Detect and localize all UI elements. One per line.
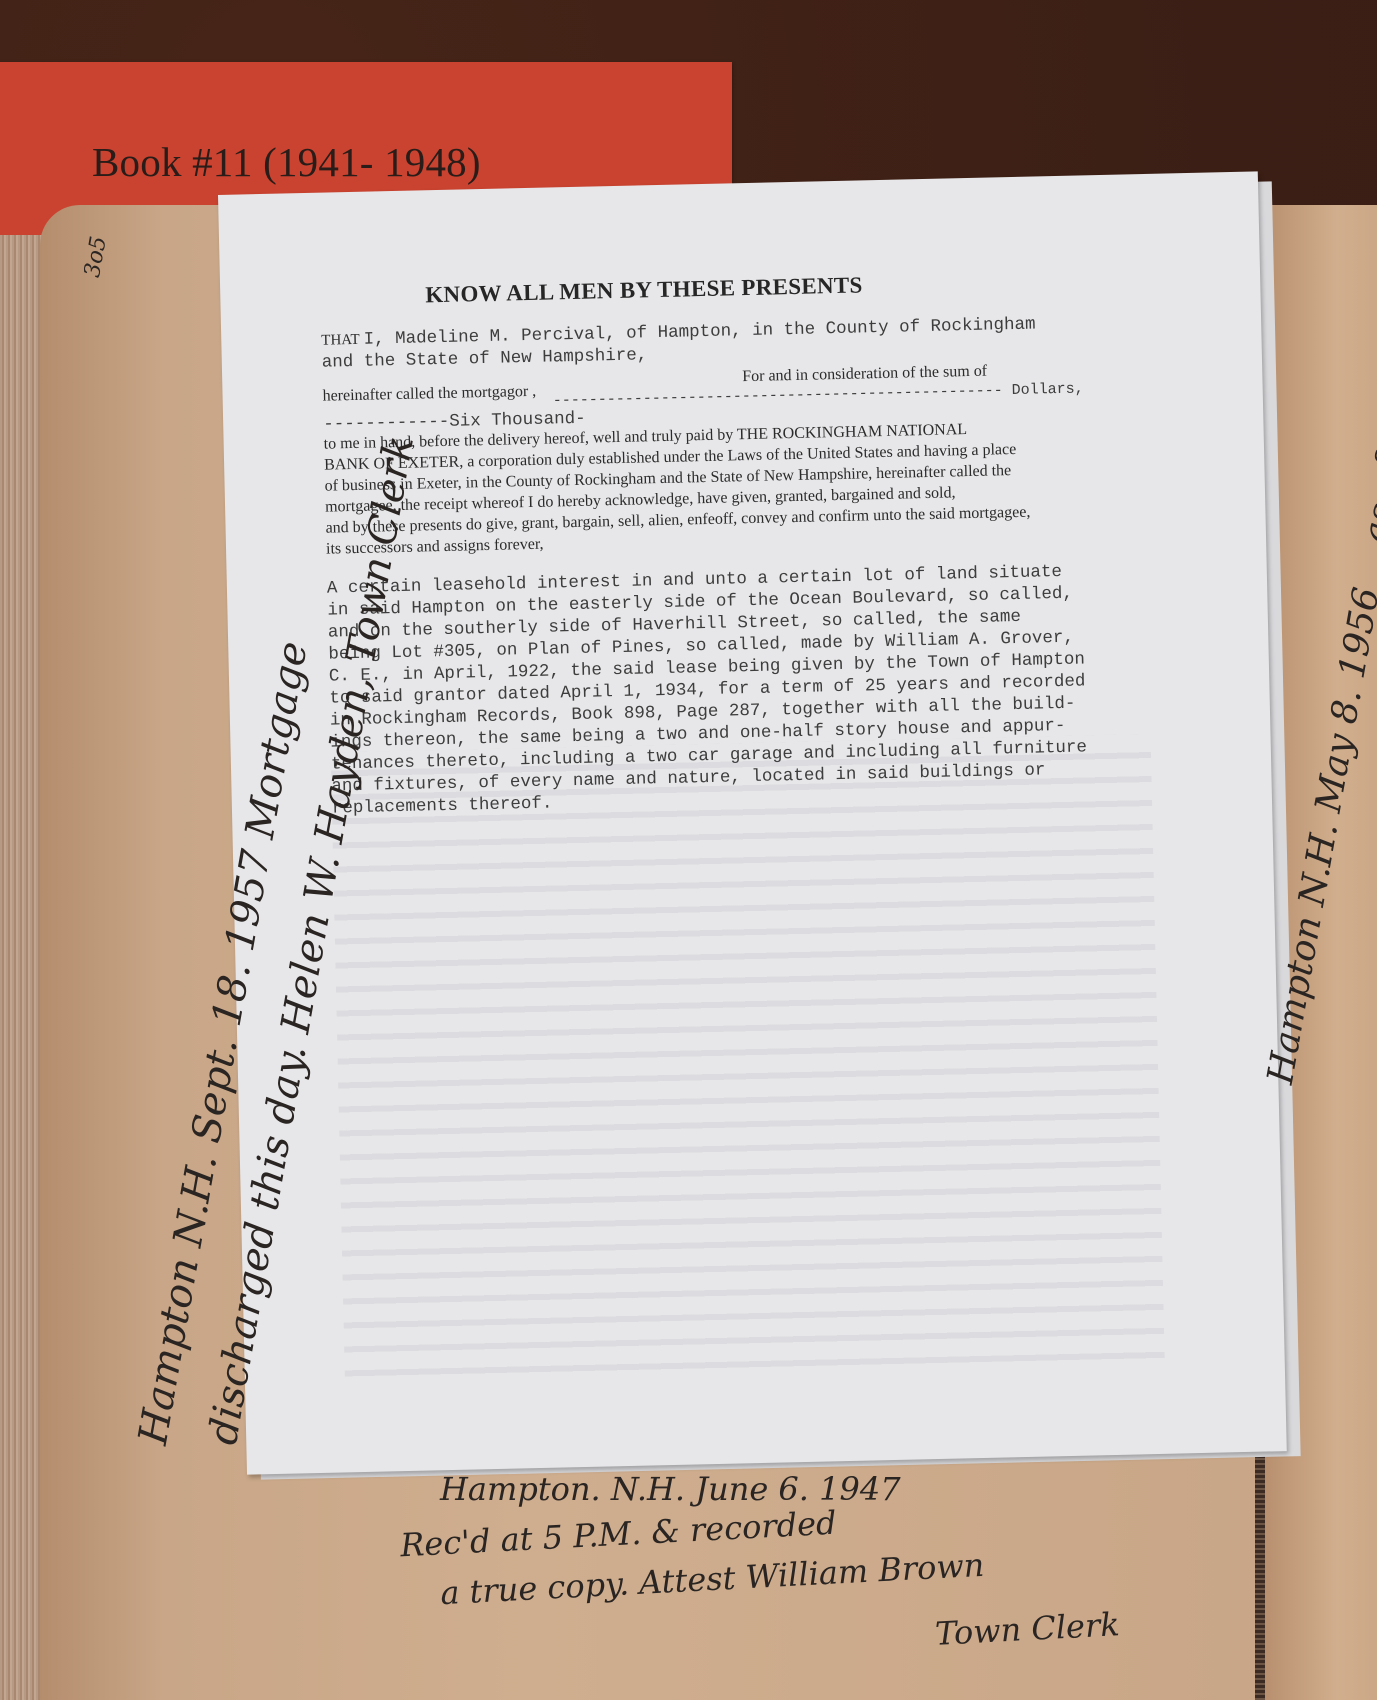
document-line: THAT I, Madeline M. Percival, of Hampton… [321, 314, 1036, 350]
binder-title: Book #11 (1941- 1948) [92, 138, 481, 186]
document-heading: KNOW ALL MEN BY THESE PRESENTS [425, 272, 863, 308]
bleed-through-text [331, 734, 1165, 1392]
recording-note-line-1: Hampton. N.H. June 6. 1947 [440, 1470, 901, 1508]
document-line: ----------------------------------------… [553, 380, 1084, 409]
mortgage-document: KNOW ALL MEN BY THESE PRESENTS THAT I, M… [218, 171, 1287, 1474]
document-line: hereinafter called the mortgagor , [322, 383, 536, 406]
